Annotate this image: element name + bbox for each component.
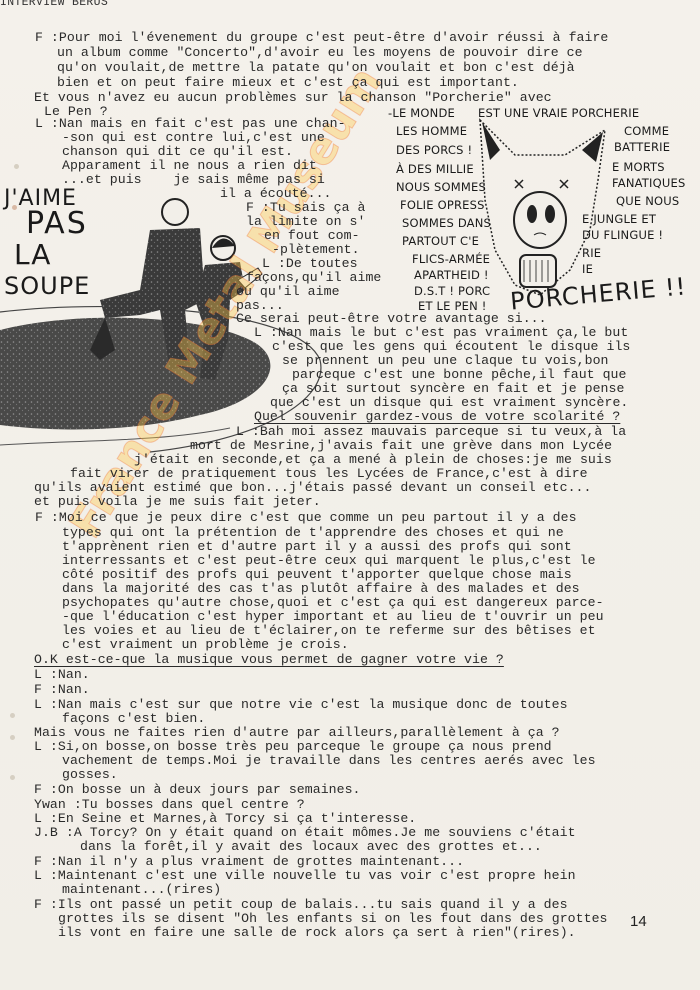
text-line: t'apprènent rien et d'autre part il y a … [62,539,572,554]
text-line: la limite on s' [246,214,365,229]
text-line: J.B :A Torcy? On y était quand on était … [34,825,576,840]
lyric-line: IE [582,262,593,276]
text-line: L :Nan. [34,667,90,682]
lyric-line: FOLIE OPRESS [400,198,485,212]
text-line: ça soit surtout syncère en fait et je pe… [282,381,624,396]
lyric-line: D.S.T ! PORC [414,284,490,298]
text-line: L :Nan mais le but c'est pas vraiment ça… [254,325,628,340]
text-line: façons c'est bien. [62,711,205,726]
text-line: Ywan :Tu bosses dans quel centre ? [34,797,305,812]
lyric-line: LES HOMME [396,124,467,138]
text-line: qu'on voulait,de mettre la patate qu'on … [57,60,575,75]
text-line: F :Ils ont passé un petit coup de balais… [34,897,568,912]
text-line: psychopates qu'autre chose,quoi et c'est… [62,595,604,610]
lyric-line: APARTHEID ! [414,268,489,282]
text-line: et puis voila je me suis fait jeter. [34,494,321,509]
text-line: ...et puis je sais même pas si [62,172,325,187]
text-line: que c'est un disque qui est vraiment syn… [270,395,628,410]
text-line: F :Nan il n'y a plus vraiment de grottes… [34,854,464,869]
text-line: côté positif des profs qui peuvent t'app… [62,567,572,582]
text-line: c'est vraiment un problème je crois. [62,637,349,652]
text-line: les voies et au lieu de t'éclairer,on te… [62,623,596,638]
text-line: mort de Mesrine,j'avais fait une grève d… [190,438,612,453]
lyric-line: -LE MONDE [388,106,455,120]
text-line: -que l'éducation c'est hyper important e… [62,609,604,624]
text-line: c'est que les gens qui écoutent le disqu… [272,339,630,354]
text-line: j'était en seconde,et ça a mené à plein … [134,452,612,467]
text-line: ils vont en faire une salle de rock alor… [58,925,576,940]
text-line: Mais vous ne faites rien d'autre par ail… [34,725,560,740]
text-line: grottes ils se disent "Oh les enfants si… [58,911,608,926]
text-line: chanson qui dit ce qu'il est. [62,144,293,159]
text-line: L :Maintenant c'est une ville nouvelle t… [34,868,576,883]
text-line: L :De toutes [262,256,358,271]
caption-line: LA [14,238,51,271]
lyric-line: COMME [624,124,669,138]
text-line: en fout com- [264,228,360,243]
zine-page: INTERVIEW BERUS J'AIME PAS LA SOUPE [0,0,700,990]
question-heading: Quel souvenir gardez-vous de votre scola… [254,409,620,424]
lyric-line: E JUNGLE ET [582,212,656,226]
text-line: F :On bosse un à deux jours par semaines… [34,782,361,797]
lyric-line: EST UNE VRAIE PORCHERIE [478,106,639,120]
text-line: Et vous n'avez eu aucun problèmes sur la… [34,90,552,105]
speck [10,735,15,740]
text-line: Ce serai peut-être votre avantage si... [236,311,547,326]
lyric-line: DES PORCS ! [396,143,472,157]
caption-line: SOUPE [4,272,90,300]
page-header: INTERVIEW BERUS [0,0,108,9]
text-line: L :Nan mais en fait c'est pas une chan- [35,116,346,131]
text-line: L :En Seine et Marnes,à Torcy si ça t'in… [34,811,416,826]
lyric-line: FLICS-ARMÉE [412,252,490,266]
text-line: maintenant...(rires) [62,882,221,897]
text-line: dans la forêt,il y avait des locaux avec… [80,839,542,854]
text-line: F :Moi ce que je peux dire c'est que com… [35,510,577,525]
caption-line: PAS [26,206,88,241]
text-line: un album comme "Concerto",d'avoir eu les… [57,45,583,60]
text-line: interressants et c'est peut-être ceux qu… [62,553,596,568]
lyric-line: SOMMES DANS [402,216,491,230]
text-line: L :Bah moi assez mauvais parceque si tu … [236,424,626,439]
page-number: 14 [630,913,647,930]
text-line: vachement de temps.Moi je travaille dans… [62,753,596,768]
text-line: parceque c'est une bonne pêche,il faut q… [292,367,626,382]
lyric-line: À DES MILLIE [396,162,474,176]
text-line: L :Nan mais c'est sur que notre vie c'es… [34,697,568,712]
text-line: Apparament il ne nous a rien dit [62,158,317,173]
text-line: se prennent un peu une claque tu vois,bo… [282,353,609,368]
text-line: types qui ont la prétention de t'apprend… [62,525,564,540]
text-line: fait virer de pratiquement tous les Lycé… [70,466,588,481]
lyric-line: DU FLINGUE ! [582,228,663,242]
pig-drawing [470,110,620,300]
lyric-line: E MORTS [612,160,665,174]
text-line: façons,qu'il aime [246,270,381,285]
lyric-line: QUE NOUS [616,194,679,208]
lyric-line: PARTOUT C'E [402,234,479,248]
text-line: bien et on peut faire mieux et c'est ça … [57,75,519,90]
lyric-line: NOUS SOMMES [396,180,486,194]
text-line: -plètement. [272,242,360,257]
speck [10,775,15,780]
lyric-line: BATTERIE [614,140,670,154]
speck [10,713,15,718]
text-line: F :Pour moi l'évenement du groupe c'est … [35,30,608,45]
speck [14,164,19,169]
text-line: qu'ils avaient estimé que bon...j'étais … [34,480,591,495]
text-line: F :Nan. [34,682,90,697]
text-line: F :Tu sais ça à [246,200,365,215]
text-line: L :Si,on bosse,on bosse très peu parcequ… [34,739,552,754]
lyric-line: FANATIQUES [612,176,685,190]
text-line: dans la majorité des cas t'as plutôt aff… [62,581,580,596]
text-line: il a écouté... [220,186,332,201]
text-line: -son qui est contre lui,c'est une [62,130,325,145]
text-line: gosses. [62,767,118,782]
lyric-line: RIE [582,246,601,260]
text-line: ou qu'il aime [236,284,340,299]
handwritten-caption: J'AIME PAS LA SOUPE [4,186,24,300]
question-heading: O.K est-ce-que la musique vous permet de… [34,652,504,667]
